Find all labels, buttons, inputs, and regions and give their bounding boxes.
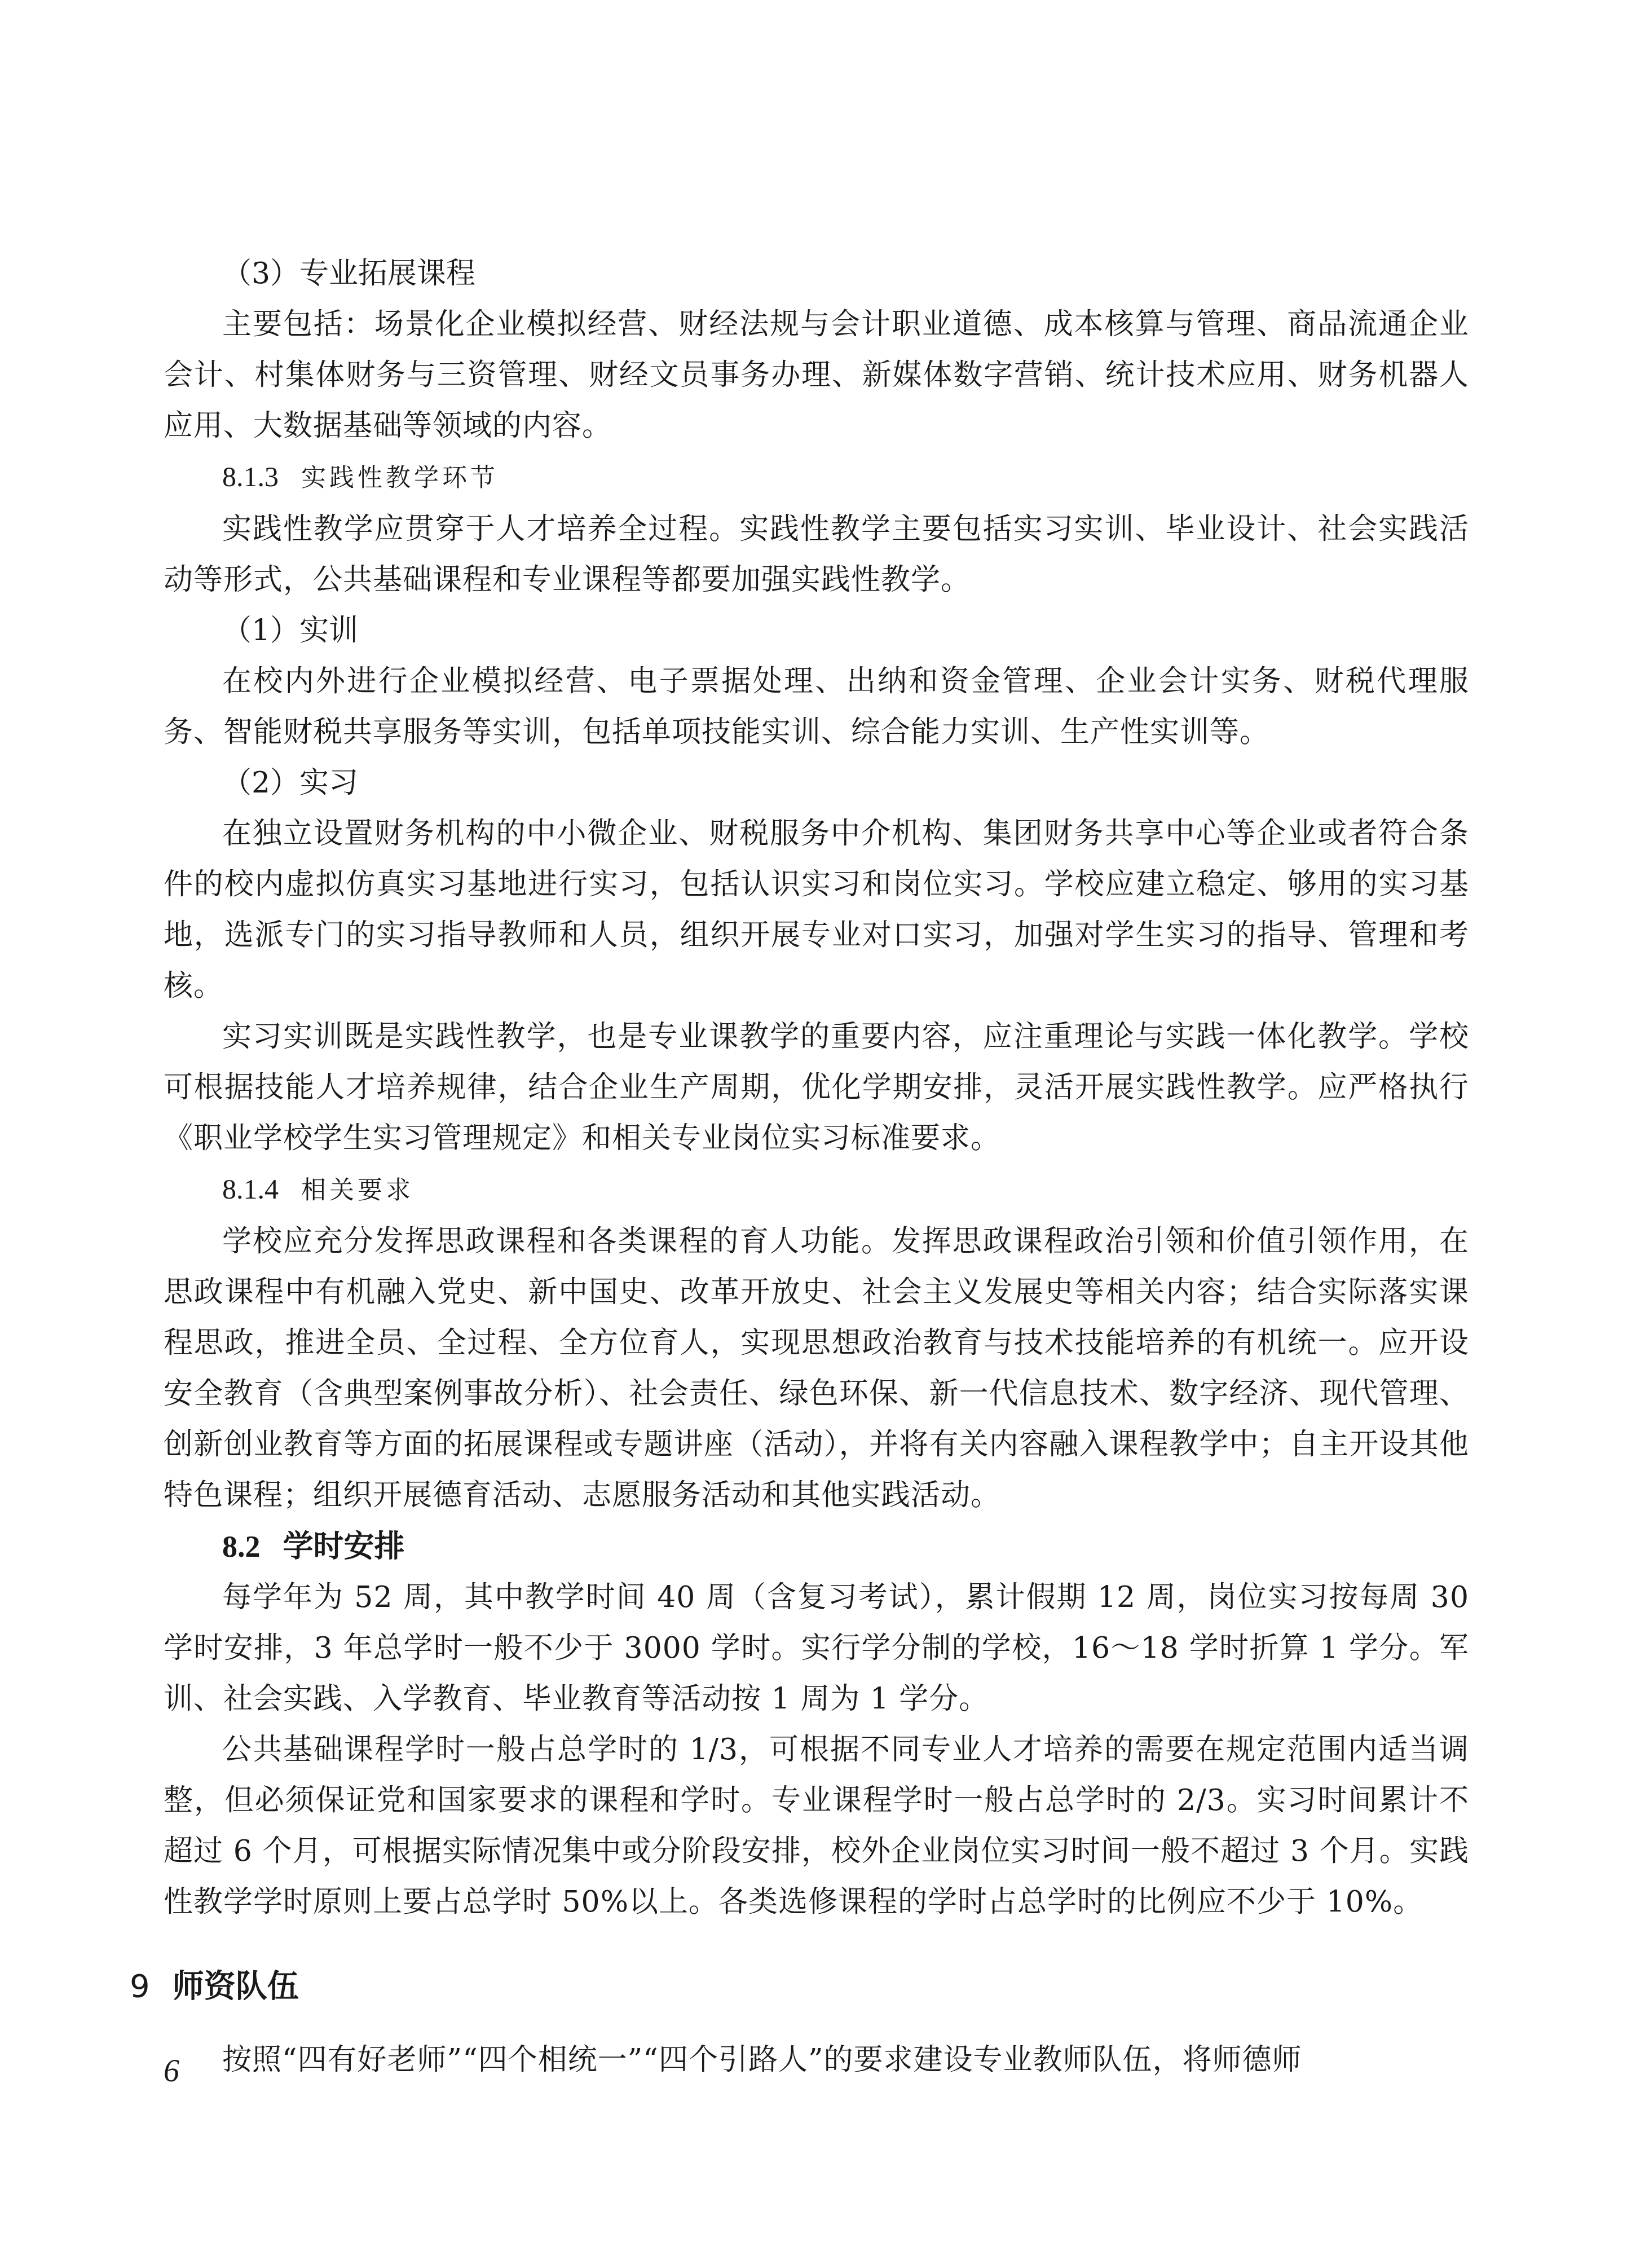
section-heading-8-1-3: 8.1.3实践性教学环节 [164, 451, 1469, 504]
section-number: 8.2 [222, 1530, 261, 1564]
paragraph-schedule-ratios: 公共基础课程学时一般占总学时的 1/3，可根据不同专业人才培养的需要在规定范围内… [164, 1724, 1469, 1927]
section-title: 相关要求 [301, 1176, 414, 1205]
paragraph-schedule-weeks: 每学年为 52 周，其中教学时间 40 周（含复习考试），累计假期 12 周，岗… [164, 1572, 1469, 1724]
section-heading-8-1-4: 8.1.4相关要求 [164, 1164, 1469, 1216]
page-number: 6 [164, 2053, 179, 2089]
subheading-internship: （2）实习 [164, 758, 1469, 808]
paragraph-extension-courses-content: 主要包括：场景化企业模拟经营、财经法规与会计职业道德、成本核算与管理、商品流通企… [164, 299, 1469, 451]
paragraph-internship: 在独立设置财务机构的中小微企业、财税服务中介机构、集团财务共享中心等企业或者符合… [164, 808, 1469, 1011]
section-number: 8.1.3 [222, 461, 279, 492]
paragraph-teaching-staff: 按照“四有好老师”“四个相统一”“四个引路人”的要求建设专业教师队伍，将师德师 [164, 2034, 1469, 2085]
paragraph-related-requirements: 学校应充分发挥思政课程和各类课程的育人功能。发挥思政课程政治引领和价值引领作用，… [164, 1216, 1469, 1521]
chapter-title: 师资队伍 [173, 1968, 299, 2005]
chapter-number: 9 [130, 1968, 150, 2005]
subheading-training: （1）实训 [164, 605, 1469, 656]
chapter-heading-9: 9师资队伍 [130, 1961, 1469, 2012]
section-number: 8.1.4 [222, 1173, 279, 1205]
document-body: （3）专业拓展课程 主要包括：场景化企业模拟经营、财经法规与会计职业道德、成本核… [164, 248, 1469, 2085]
paragraph-training: 在校内外进行企业模拟经营、电子票据处理、出纳和资金管理、企业会计实务、财税代理服… [164, 656, 1469, 758]
section-title: 学时安排 [283, 1529, 405, 1564]
paragraph-practical-teaching: 实践性教学应贯穿于人才培养全过程。实践性教学主要包括实习实训、毕业设计、社会实践… [164, 504, 1469, 605]
section-heading-8-2: 8.2学时安排 [164, 1521, 1469, 1572]
subheading-professional-extension-courses: （3）专业拓展课程 [164, 248, 1469, 299]
section-title: 实践性教学环节 [301, 464, 499, 492]
paragraph-internship-training-integration: 实习实训既是实践性教学，也是专业课教学的重要内容，应注重理论与实践一体化教学。学… [164, 1011, 1469, 1164]
